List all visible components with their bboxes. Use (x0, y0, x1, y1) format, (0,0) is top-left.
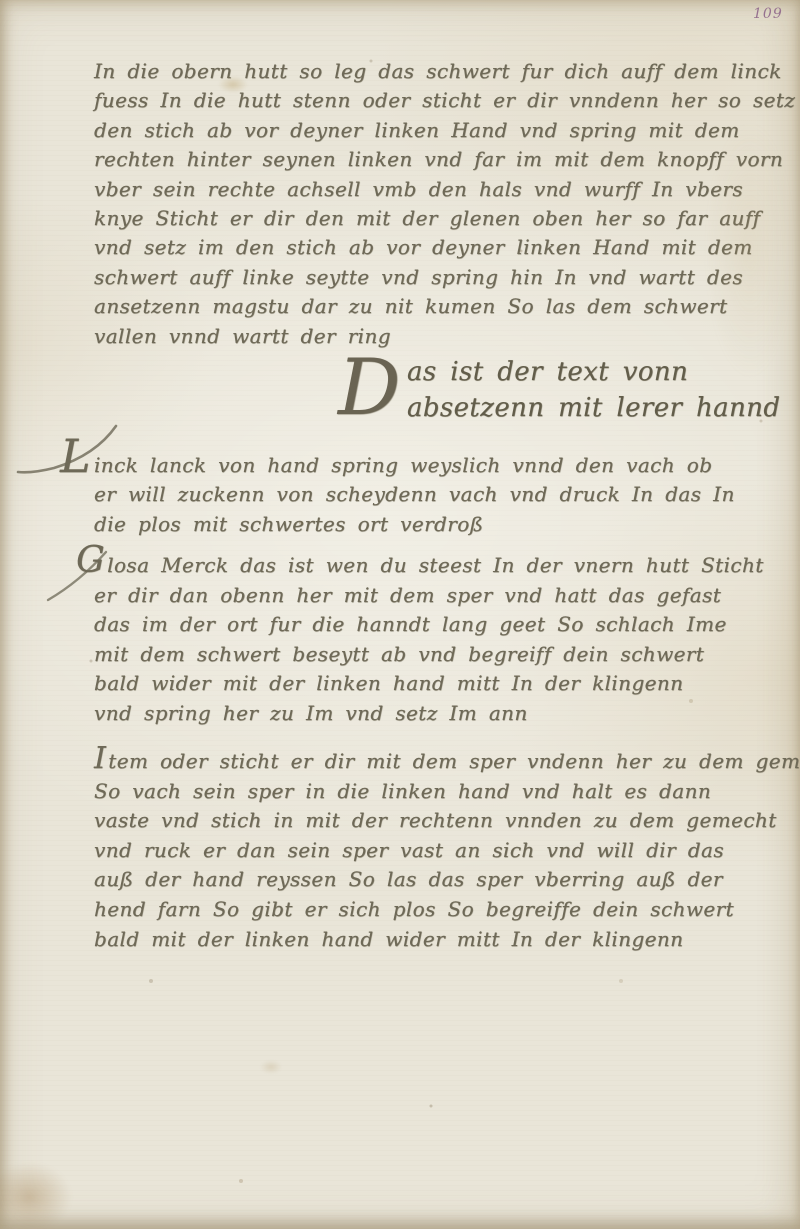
text-line: ansetzenn magstu dar zu nit kumen So las… (94, 292, 754, 321)
text-line: er will zuckenn von scheydenn vach vnd d… (94, 480, 744, 509)
folio-number: 109 (753, 6, 783, 22)
text-line: hend farn So gibt er sich plos So begrei… (94, 895, 764, 925)
section-heading: D as ist der text vonn absetzenn mit ler… (338, 354, 717, 426)
text-line: mit dem schwert beseytt ab vnd begreiff … (94, 640, 754, 670)
text-line: So vach sein sper in die linken hand vnd… (94, 777, 764, 807)
parchment-stain (0, 1162, 72, 1229)
parchment-stain (260, 1060, 282, 1074)
text-line: auß der hand reyssen So las das sper vbe… (94, 865, 764, 895)
text-line: fuess In die hutt stenn oder sticht er d… (94, 86, 754, 115)
text-line: vaste vnd stich in mit der rechtenn vnnd… (94, 806, 764, 836)
text-line: vnd spring her zu Im vnd setz Im ann (94, 699, 754, 729)
text-line: bald mit der linken hand wider mitt In d… (94, 925, 764, 955)
manuscript-page: 109 In die obern hutt so leg das schwert… (0, 0, 800, 1229)
text-line: In die obern hutt so leg das schwert fur… (94, 57, 754, 86)
text-line: vber sein rechte achsell vmb den hals vn… (94, 175, 754, 204)
verse-couplet: Linck lanck von hand spring weyslich vnn… (94, 446, 744, 539)
text-line: Item oder sticht er dir mit dem sper vnd… (94, 747, 764, 777)
text-line: den stich ab vor deyner linken Hand vnd … (94, 116, 754, 145)
text-line: vnd setz im den stich ab vor deyner link… (94, 233, 754, 262)
text-line: schwert auff linke seytte vnd spring hin… (94, 263, 754, 292)
glosa-paragraph: Glosa Merck das ist wen du steest In der… (94, 551, 754, 729)
text-line: die plos mit schwertes ort verdroß (94, 510, 744, 539)
text-line: vnd ruck er dan sein sper vast an sich v… (94, 836, 764, 866)
foxing-specks (0, 0, 2, 2)
paragraph-upper: In die obern hutt so leg das schwert fur… (94, 57, 754, 351)
text-line: Glosa Merck das ist wen du steest In der… (94, 551, 754, 581)
item-paragraph: Item oder sticht er dir mit dem sper vnd… (94, 747, 764, 954)
text-line: bald wider mit der linken hand mitt In d… (94, 669, 754, 699)
text-line: vallen vnnd wartt der ring (94, 322, 754, 351)
text-line: er dir dan obenn her mit dem sper vnd ha… (94, 581, 754, 611)
text-line: rechten hinter seynen linken vnd far im … (94, 145, 754, 174)
heading-drop-capital: D (338, 356, 401, 420)
text-line: Linck lanck von hand spring weyslich vnn… (94, 446, 744, 480)
text-line: knye Sticht er dir den mit der glenen ob… (94, 204, 754, 233)
text-line: das im der ort fur die hanndt lang geet … (94, 610, 754, 640)
